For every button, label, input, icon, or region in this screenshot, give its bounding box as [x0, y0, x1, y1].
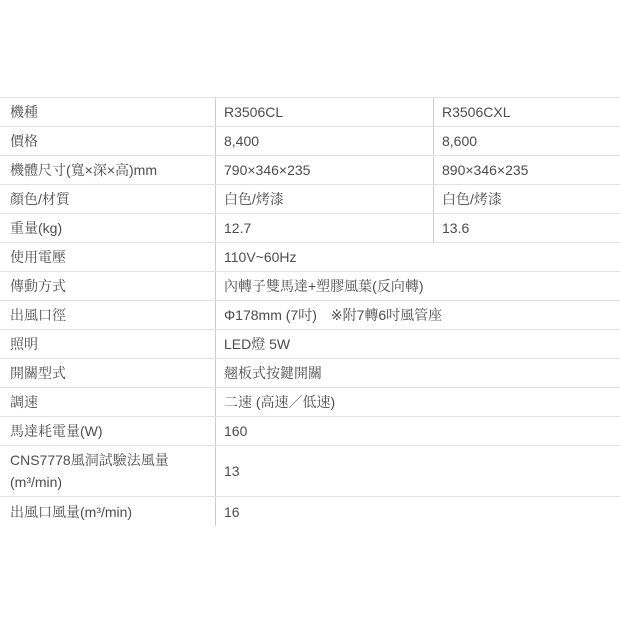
spec-value-text: 13 — [224, 460, 240, 482]
spec-label: 重量(kg) — [0, 214, 215, 242]
spec-label: 馬達耗電量(W) — [0, 417, 215, 445]
spec-label: 機體尺寸(寬×深×高)mm — [0, 156, 215, 184]
spec-label: 使用電壓 — [0, 243, 215, 271]
table-row-voltage: 使用電壓 110V~60Hz — [0, 243, 620, 272]
spec-value-col2: 白色/烤漆 — [433, 185, 620, 213]
spec-label: 傳動方式 — [0, 272, 215, 300]
spec-label-text: 馬達耗電量(W) — [10, 420, 103, 442]
spec-value-col2: R3506CXL — [433, 98, 620, 126]
spec-value-merged: 16 — [215, 497, 620, 526]
spec-label-text: 傳動方式 — [10, 275, 66, 297]
spec-label-text: 重量(kg) — [10, 217, 62, 239]
table-row-drive-type: 傳動方式 內轉子雙馬達+塑膠風葉(反向轉) — [0, 272, 620, 301]
spec-label-text: 出風口徑 — [10, 304, 66, 326]
spec-value-merged: Φ178mm (7吋) ※附7轉6吋風管座 — [215, 301, 620, 329]
spec-value-text: 白色/烤漆 — [224, 188, 284, 210]
spec-value-text: LED燈 5W — [224, 333, 290, 355]
spec-value-col2: 8,600 — [433, 127, 620, 155]
spec-label-text: 機種 — [10, 101, 38, 123]
spec-label: 價格 — [0, 127, 215, 155]
spec-value-text: 110V~60Hz — [224, 246, 297, 268]
spec-label: 出風口風量(m³/min) — [0, 497, 215, 526]
spec-value-text: 二速 (高速／低速) — [224, 391, 335, 413]
spec-value-merged: LED燈 5W — [215, 330, 620, 358]
spec-value-merged: 110V~60Hz — [215, 243, 620, 271]
spec-value-text: 白色/烤漆 — [442, 188, 502, 210]
spec-value-col1: 12.7 — [215, 214, 433, 242]
table-row-motor-power: 馬達耗電量(W) 160 — [0, 417, 620, 446]
spec-value-merged: 內轉子雙馬達+塑膠風葉(反向轉) — [215, 272, 620, 300]
spec-value-col1: 790×346×235 — [215, 156, 433, 184]
table-row-outlet-diameter: 出風口徑 Φ178mm (7吋) ※附7轉6吋風管座 — [0, 301, 620, 330]
spec-value-text: 160 — [224, 420, 247, 442]
table-row-color-material: 顏色/材質 白色/烤漆 白色/烤漆 — [0, 185, 620, 214]
spec-label-text: 開關型式 — [10, 362, 66, 384]
table-row-price: 價格 8,400 8,600 — [0, 127, 620, 156]
spec-value-text: 790×346×235 — [224, 159, 310, 181]
table-row-cns-airflow: CNS7778風洞試驗法風量 (m³/min) 13 — [0, 446, 620, 497]
spec-value-text: 8,400 — [224, 130, 259, 152]
spec-label-text: 顏色/材質 — [10, 188, 70, 210]
spec-label: 照明 — [0, 330, 215, 358]
table-row-lighting: 照明 LED燈 5W — [0, 330, 620, 359]
spec-label: 開關型式 — [0, 359, 215, 387]
spec-value-text: 12.7 — [224, 217, 251, 239]
spec-label: 調速 — [0, 388, 215, 416]
spec-value-text: 內轉子雙馬達+塑膠風葉(反向轉) — [224, 275, 424, 297]
spec-value-col2: 13.6 — [433, 214, 620, 242]
table-row-outlet-airflow: 出風口風量(m³/min) 16 — [0, 497, 620, 526]
spec-value-text: 13.6 — [442, 217, 469, 239]
spec-value-text: 16 — [224, 501, 240, 523]
spec-value-text: 翹板式按鍵開關 — [224, 362, 322, 384]
spec-value-col1: 8,400 — [215, 127, 433, 155]
spec-label: 機種 — [0, 98, 215, 126]
spec-value-col1: R3506CL — [215, 98, 433, 126]
spec-label-text: 機體尺寸(寬×深×高)mm — [10, 159, 157, 181]
spec-label-text: 出風口風量(m³/min) — [10, 501, 132, 523]
spec-value-text: R3506CXL — [442, 101, 511, 123]
spec-label-text: 照明 — [10, 333, 38, 355]
spec-label: CNS7778風洞試驗法風量 (m³/min) — [0, 446, 215, 496]
spec-value-merged: 翹板式按鍵開關 — [215, 359, 620, 387]
table-row-weight: 重量(kg) 12.7 13.6 — [0, 214, 620, 243]
spec-label-text: 調速 — [10, 391, 38, 413]
table-row-switch-type: 開關型式 翹板式按鍵開關 — [0, 359, 620, 388]
spec-value-text: 8,600 — [442, 130, 477, 152]
spec-value-merged: 二速 (高速／低速) — [215, 388, 620, 416]
spec-value-merged: 13 — [215, 446, 620, 496]
spec-value-col1: 白色/烤漆 — [215, 185, 433, 213]
table-row-dimensions: 機體尺寸(寬×深×高)mm 790×346×235 890×346×235 — [0, 156, 620, 185]
spec-label-text: 使用電壓 — [10, 246, 66, 268]
spec-table: 機種 R3506CL R3506CXL 價格 8,400 8,600 機體尺寸(… — [0, 97, 620, 526]
table-row-speed-control: 調速 二速 (高速／低速) — [0, 388, 620, 417]
spec-label-text: CNS7778風洞試驗法風量 (m³/min) — [10, 449, 169, 493]
spec-value-text: Φ178mm (7吋) ※附7轉6吋風管座 — [224, 304, 442, 326]
page: 機種 R3506CL R3506CXL 價格 8,400 8,600 機體尺寸(… — [0, 0, 620, 620]
spec-value-col2: 890×346×235 — [433, 156, 620, 184]
spec-label: 顏色/材質 — [0, 185, 215, 213]
spec-label-text: 價格 — [10, 130, 38, 152]
spec-label: 出風口徑 — [0, 301, 215, 329]
table-row-model: 機種 R3506CL R3506CXL — [0, 98, 620, 127]
spec-value-text: 890×346×235 — [442, 159, 528, 181]
spec-value-text: R3506CL — [224, 101, 283, 123]
spec-value-merged: 160 — [215, 417, 620, 445]
